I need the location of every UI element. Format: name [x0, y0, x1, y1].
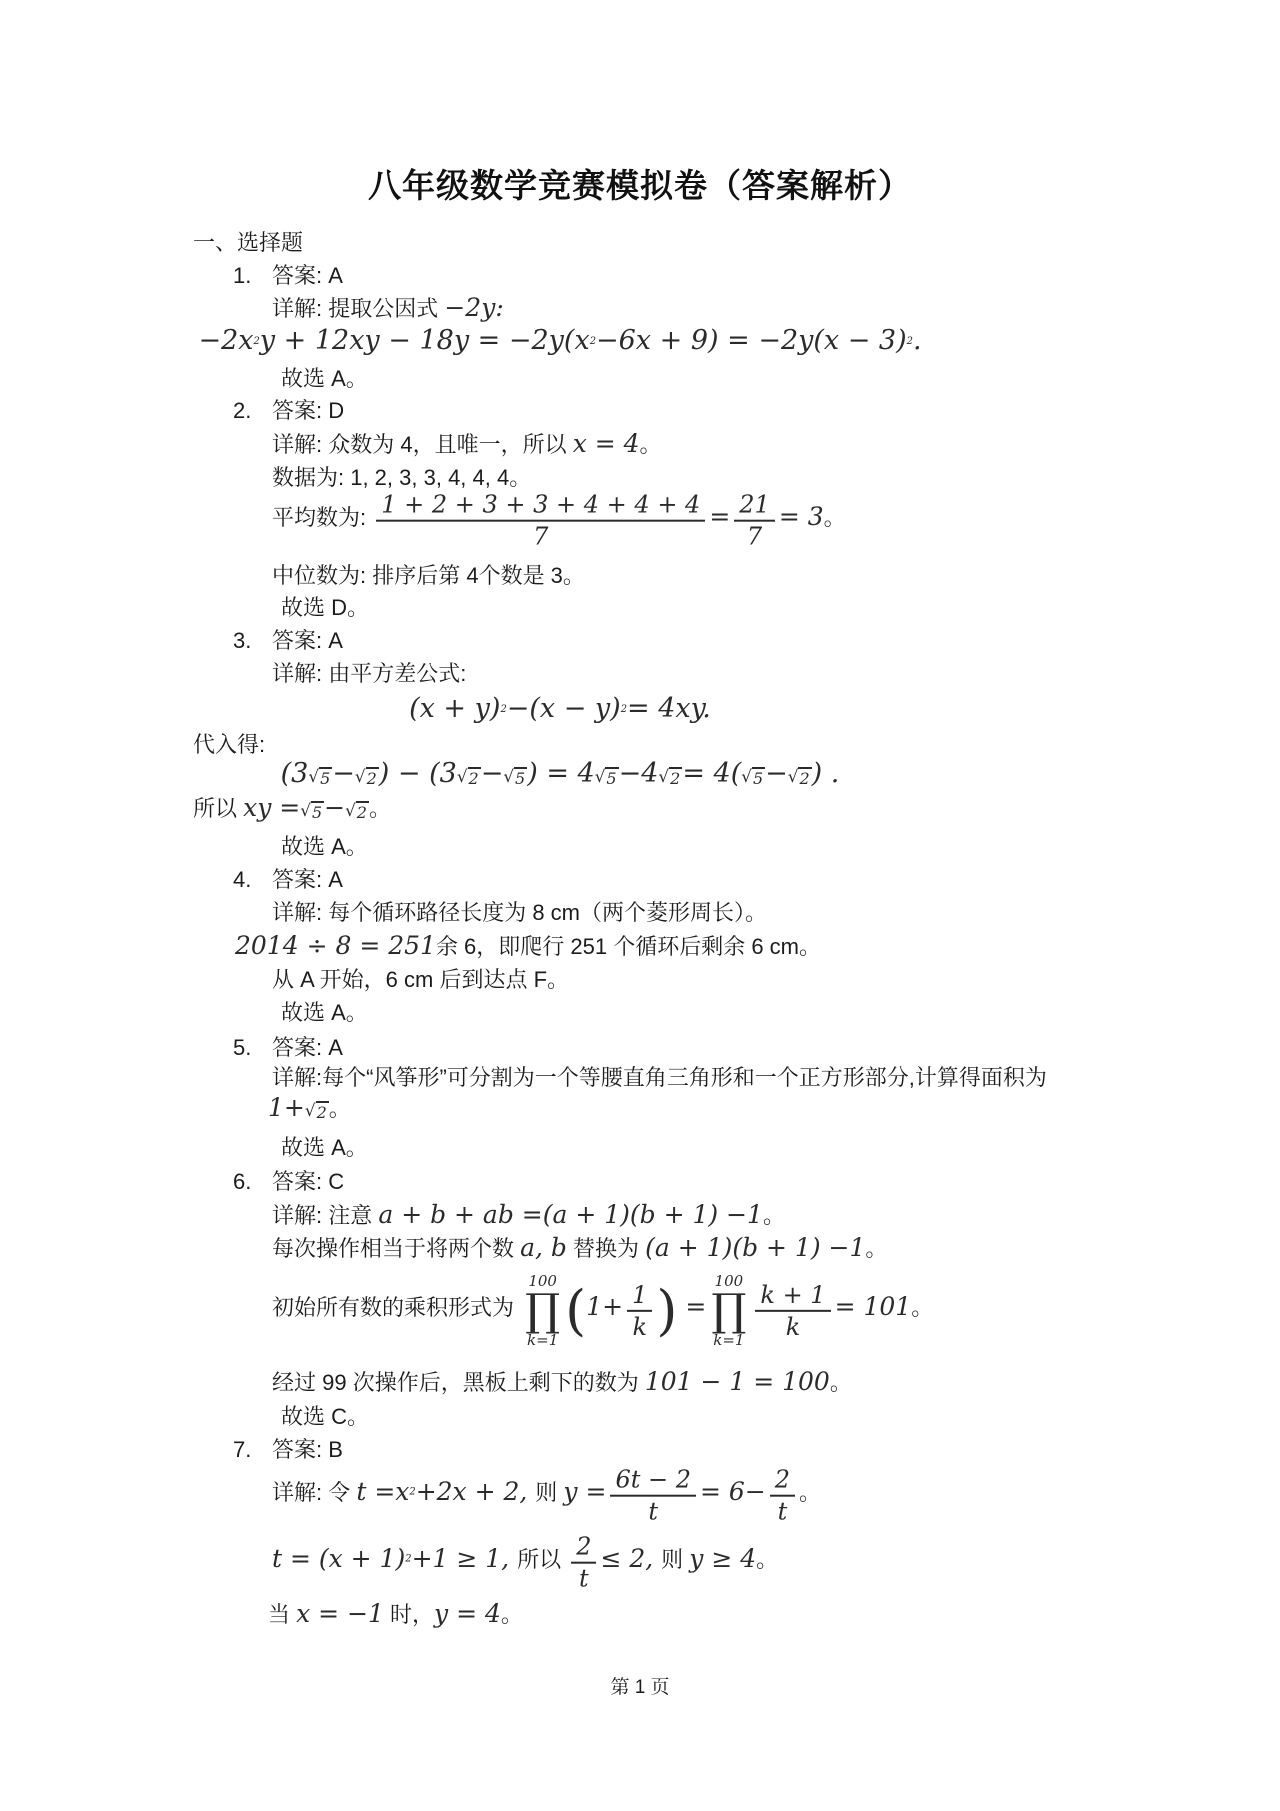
- cjk-text: 。: [763, 1203, 785, 1228]
- text-line: t = (x + 1)2+1 ≥ 1, 所以 2t≤ 2, 则 y ≥ 4。: [272, 1533, 778, 1594]
- math-superscript: 2: [621, 693, 627, 727]
- cjk-text: 答案: B: [272, 1437, 343, 1462]
- item-number: 1.: [233, 261, 272, 291]
- cjk-text: 从 A 开始，6 cm 后到达点 F。: [272, 967, 569, 992]
- math-text: y = 4: [434, 1599, 501, 1628]
- cjk-text: 初始所有数的乘积形式为: [272, 1295, 520, 1320]
- choice-line: 故选 A。: [281, 364, 368, 397]
- math-text: = 4(: [682, 758, 741, 789]
- cjk-text: 。: [369, 796, 391, 821]
- fraction-denominator: k: [627, 1312, 652, 1341]
- math-sqrt: √5: [300, 801, 324, 822]
- answer-line-5: 5.答案: A: [233, 1033, 343, 1066]
- math-text: .: [913, 325, 922, 356]
- cjk-text: 一、选择题: [193, 230, 303, 255]
- fraction-denominator: t: [643, 1497, 663, 1526]
- display-formula: −2x2y + 12xy − 18y = −2y(x2−6x + 9) = −2…: [170, 324, 950, 364]
- fraction-numerator: 2: [571, 1533, 596, 1564]
- cjk-text: 答案: A: [272, 867, 343, 892]
- page-title: 八年级数学竞赛模拟卷（答案解析）: [0, 164, 1280, 208]
- cjk-text: 中位数为: 排序后第 4个数是 3。: [272, 563, 585, 588]
- page-number: 第 1 页: [0, 1672, 1280, 1699]
- text-line: 1+√2。: [268, 1093, 351, 1127]
- math-text: y =: [563, 1477, 606, 1506]
- fraction-denominator: t: [773, 1497, 793, 1526]
- cjk-text: 。: [865, 1236, 887, 1261]
- math-text: (x + y): [409, 693, 500, 724]
- choice-line: 故选 C。: [281, 1402, 369, 1435]
- fraction-denominator: 7: [528, 522, 553, 551]
- cjk-text: 详解: 提取公因式: [272, 296, 444, 321]
- cjk-text: 。: [799, 1480, 821, 1505]
- answer-line-6: 6.答案: C: [233, 1167, 344, 1200]
- explain-line: 详解: 注意 a + b + ab =(a + 1)(b + 1) −1。: [272, 1200, 785, 1234]
- answer-line-2: 2.答案: D: [233, 396, 344, 429]
- product-sign-icon: ∏: [711, 1290, 746, 1332]
- cjk-text: 经过 99 次操作后，黑板上剩下的数为: [272, 1370, 645, 1395]
- math-text: +1 ≥ 1,: [412, 1544, 518, 1573]
- math-sqrt: √2: [305, 1101, 329, 1122]
- fraction-numerator: 21: [734, 491, 775, 522]
- math-text: −4: [619, 758, 659, 789]
- cjk-text: 替换为: [567, 1236, 645, 1261]
- math-fraction: k + 1k: [755, 1281, 830, 1342]
- math-text: t = (x + 1): [272, 1544, 405, 1573]
- explain-line: 详解:每个“风筝形”可分割为一个等腰直角三角形和一个正方形部分,计算得面积为: [272, 1063, 1047, 1096]
- fraction-numerator: k + 1: [755, 1281, 830, 1312]
- cjk-text: 。: [640, 432, 662, 457]
- text-line: 2014 ÷ 8 = 251余 6，即爬行 251 个循环后剩余 6 cm。: [235, 931, 821, 965]
- radicand: 5: [605, 767, 618, 788]
- math-text: −2x: [198, 325, 253, 356]
- math-text: 1+: [268, 1093, 305, 1122]
- cjk-text: 平均数为:: [272, 505, 372, 530]
- math-sqrt: √5: [503, 767, 527, 788]
- choice-line: 故选 A。: [281, 1133, 368, 1166]
- math-text: x = −1: [296, 1599, 384, 1628]
- text-line: 从 A 开始，6 cm 后到达点 F。: [272, 965, 569, 998]
- math-text: = 101: [835, 1292, 912, 1321]
- cjk-text: 故选 D。: [281, 595, 369, 620]
- math-product: 100∏k=1: [711, 1273, 746, 1349]
- math-superscript: 2: [500, 693, 506, 727]
- cjk-text: 故选 A。: [281, 366, 368, 391]
- math-text: 1+: [586, 1292, 623, 1321]
- item-number: 5.: [233, 1033, 272, 1063]
- fraction-denominator: 7: [742, 522, 767, 551]
- answer-line-3: 3.答案: A: [233, 626, 343, 659]
- math-text: = 4xy.: [627, 693, 711, 724]
- math-sqrt: √2: [788, 767, 812, 788]
- item-number: 3.: [233, 626, 272, 656]
- math-text: −: [324, 793, 345, 822]
- math-text: (3: [281, 758, 309, 789]
- radicand: 2: [798, 767, 811, 788]
- math-fraction: 6t − 2t: [610, 1466, 696, 1527]
- answer-line-7: 7.答案: B: [233, 1435, 343, 1468]
- math-sqrt: √2: [457, 767, 481, 788]
- math-text: a, b: [520, 1233, 567, 1262]
- cjk-text: 答案: A: [272, 1035, 343, 1060]
- cjk-text: 则: [535, 1480, 563, 1505]
- fraction-numerator: 1 + 2 + 3 + 3 + 4 + 4 + 4: [376, 491, 705, 522]
- text-line: 中位数为: 排序后第 4个数是 3。: [272, 561, 585, 594]
- answer-line-4: 4.答案: A: [233, 865, 343, 898]
- radical-sign-icon: √: [308, 767, 319, 785]
- product-lower-limit: k=1: [713, 1332, 744, 1349]
- math-text: =: [677, 1292, 706, 1321]
- product-sign-icon: ∏: [525, 1290, 560, 1332]
- math-fraction: 1k: [627, 1281, 652, 1342]
- math-text: t =x: [356, 1477, 409, 1506]
- product-lower-limit: k=1: [527, 1332, 558, 1349]
- math-text: = 3: [779, 502, 824, 531]
- math-text: ) .: [812, 758, 840, 789]
- radicand: 2: [669, 767, 682, 788]
- math-text: ) = 4: [527, 758, 595, 789]
- cjk-text: 答案: C: [272, 1169, 344, 1194]
- cjk-text: 时，: [384, 1602, 434, 1627]
- text-line: 所以 xy =√5−√2。: [193, 793, 391, 827]
- cjk-text: 则: [661, 1547, 689, 1572]
- choice-line: 故选 A。: [281, 998, 368, 1031]
- radical-sign-icon: √: [741, 767, 752, 785]
- radical-sign-icon: √: [503, 767, 514, 785]
- cjk-text: 所以: [517, 1547, 567, 1572]
- item-number: 7.: [233, 1435, 272, 1465]
- fraction-numerator: 1: [627, 1281, 652, 1312]
- explain-line: 详解: 众数为 4，且唯一，所以 x = 4。: [272, 429, 662, 463]
- item-number: 2.: [233, 396, 272, 426]
- cjk-text: 详解: 每个循环路径长度为 8 cm（两个菱形周长）。: [272, 900, 767, 925]
- radicand: 5: [319, 767, 332, 788]
- cjk-text: 。: [329, 1096, 351, 1121]
- radicand: 2: [468, 767, 481, 788]
- choice-line: 故选 A。: [281, 832, 368, 865]
- math-text: −: [332, 758, 355, 789]
- fraction-numerator: 6t − 2: [610, 1466, 696, 1497]
- radical-sign-icon: √: [788, 767, 799, 785]
- cjk-text: 故选 C。: [281, 1404, 369, 1429]
- explain-line: 详解: 每个循环路径长度为 8 cm（两个菱形周长）。: [272, 898, 767, 931]
- math-sqrt: √5: [308, 767, 332, 788]
- math-fraction: 217: [734, 491, 775, 552]
- math-fraction: 2t: [571, 1533, 596, 1594]
- math-fraction: 1 + 2 + 3 + 3 + 4 + 4 + 47: [376, 491, 705, 552]
- math-text: =: [709, 502, 730, 531]
- cjk-text: 详解:每个“风筝形”可分割为一个等腰直角三角形和一个正方形部分,计算得面积为: [272, 1065, 1047, 1090]
- math-superscript: 2: [253, 325, 259, 359]
- math-text: −: [765, 758, 788, 789]
- cjk-text: 详解: 令: [272, 1480, 356, 1505]
- math-text: 2014 ÷ 8 = 251: [235, 931, 436, 960]
- choice-line: 故选 D。: [281, 593, 369, 626]
- radicand: 2: [366, 767, 379, 788]
- radicand: 2: [316, 1101, 329, 1122]
- math-superscript: 2: [405, 1545, 411, 1575]
- cjk-text: 答案: A: [272, 628, 343, 653]
- math-fraction: 2t: [770, 1466, 795, 1527]
- math-big-paren: ): [656, 1279, 677, 1342]
- math-text: −2y:: [444, 293, 503, 322]
- math-superscript: 2: [907, 325, 913, 359]
- section-heading: 一、选择题: [193, 228, 303, 261]
- math-text: −(x − y): [507, 693, 621, 724]
- item-number: 4.: [233, 865, 272, 895]
- math-sqrt: √2: [345, 801, 369, 822]
- cjk-text: 故选 A。: [281, 1135, 368, 1160]
- cjk-text: 代入得:: [193, 732, 265, 757]
- math-text: = 6−: [700, 1477, 766, 1506]
- explain-line: 详解: 由平方差公式:: [272, 659, 466, 692]
- cjk-text: 。: [911, 1295, 933, 1320]
- cjk-text: 详解: 众数为 4，且唯一，所以: [272, 432, 573, 457]
- math-sqrt: √5: [741, 767, 765, 788]
- math-text: ≤ 2,: [600, 1544, 661, 1573]
- answer-line-1: 1.答案: A: [233, 261, 343, 294]
- cjk-text: 每次操作相当于将两个数: [272, 1236, 520, 1261]
- cjk-text: 。: [756, 1547, 778, 1572]
- text-line: 每次操作相当于将两个数 a, b 替换为 (a + 1)(b + 1) −1。: [272, 1233, 887, 1267]
- cjk-text: 。: [824, 505, 846, 530]
- fraction-denominator: k: [781, 1312, 806, 1341]
- math-text: a + b + ab =(a + 1)(b + 1) −1: [378, 1200, 763, 1229]
- math-text: ) − (3: [379, 758, 457, 789]
- math-text: (a + 1)(b + 1) −1: [645, 1233, 865, 1262]
- radical-sign-icon: √: [300, 801, 311, 819]
- math-text: y + 12xy − 18y = −2y(x: [260, 325, 590, 356]
- display-formula: (x + y)2−(x − y)2= 4xy.: [170, 692, 950, 732]
- math-text: xy =: [243, 793, 300, 822]
- product-formula: 初始所有数的乘积形式为 100∏k=1(1+1k) =100∏k=1k + 1k…: [272, 1273, 933, 1349]
- item-number: 6.: [233, 1167, 272, 1197]
- math-big-paren: (: [565, 1279, 586, 1342]
- explain-line: 详解: 令 t =x2+2x + 2, 则 y =6t − 2t= 6−2t。: [272, 1466, 821, 1527]
- math-sqrt: √2: [355, 767, 379, 788]
- cjk-text: 故选 A。: [281, 834, 368, 859]
- radical-sign-icon: √: [305, 1101, 316, 1119]
- cjk-text: 详解: 由平方差公式:: [272, 661, 466, 686]
- cjk-text: 故选 A。: [281, 1000, 368, 1025]
- math-text: +2x + 2,: [416, 1477, 536, 1506]
- cjk-text: 。: [501, 1602, 523, 1627]
- text-line: 经过 99 次操作后，黑板上剩下的数为 101 − 1 = 100。: [272, 1367, 852, 1401]
- radical-sign-icon: √: [457, 767, 468, 785]
- radicand: 5: [311, 801, 324, 822]
- math-text: y ≥ 4: [689, 1544, 756, 1573]
- mean-formula: 平均数为: 1 + 2 + 3 + 3 + 4 + 4 + 47=217= 3。: [272, 491, 846, 552]
- radical-sign-icon: √: [345, 801, 356, 819]
- cjk-text: 。: [830, 1370, 852, 1395]
- cjk-text: 详解: 注意: [272, 1203, 378, 1228]
- cjk-text: 答案: D: [272, 398, 344, 423]
- radicand: 5: [514, 767, 527, 788]
- display-formula: (3√5−√2) − (3√2−√5) = 4√5−4√2= 4(√5−√2) …: [170, 757, 950, 795]
- cjk-text: 数据为: 1, 2, 3, 3, 4, 4, 4。: [272, 465, 531, 490]
- text-line: 当 x = −1 时，y = 4。: [268, 1599, 523, 1633]
- cjk-text: 所以: [193, 796, 243, 821]
- explain-line: 详解: 提取公因式 −2y:: [272, 293, 504, 327]
- radical-sign-icon: √: [658, 767, 669, 785]
- radical-sign-icon: √: [355, 767, 366, 785]
- math-text: −6x + 9) = −2y(x − 3): [596, 325, 907, 356]
- cjk-text: 余 6，即爬行 251 个循环后剩余 6 cm。: [436, 934, 821, 959]
- fraction-numerator: 2: [770, 1466, 795, 1497]
- fraction-denominator: t: [574, 1564, 594, 1593]
- cjk-text: 答案: A: [272, 263, 343, 288]
- math-text: 101 − 1 = 100: [645, 1367, 830, 1396]
- radical-sign-icon: √: [595, 767, 606, 785]
- radicand: 5: [752, 767, 765, 788]
- math-sqrt: √5: [595, 767, 619, 788]
- math-product: 100∏k=1: [525, 1273, 560, 1349]
- math-superscript: 2: [409, 1478, 415, 1508]
- cjk-text: 当: [268, 1602, 296, 1627]
- radicand: 2: [356, 801, 369, 822]
- math-text: −: [481, 758, 504, 789]
- math-superscript: 2: [590, 325, 596, 359]
- math-text: x = 4: [573, 429, 640, 458]
- document-page: 八年级数学竞赛模拟卷（答案解析） 一、选择题1.答案: A详解: 提取公因式 −…: [0, 0, 1280, 1811]
- math-sqrt: √2: [658, 767, 682, 788]
